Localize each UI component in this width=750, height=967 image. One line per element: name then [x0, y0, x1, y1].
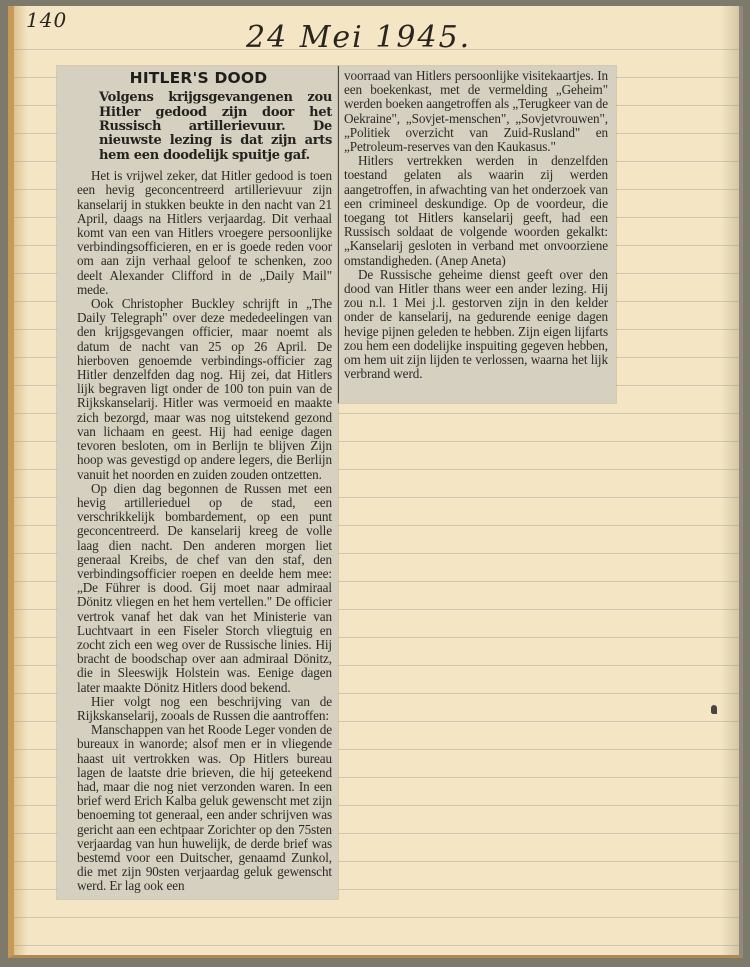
article-paragraph: Op dien dag begonnen de Russen met een h…: [77, 482, 332, 695]
article-paragraph: Hier volgt nog een beschrijving van de R…: [77, 695, 332, 723]
article-paragraph: voorraad van Hitlers persoonlijke visite…: [344, 69, 608, 154]
newspaper-clipping-right-column: voorraad van Hitlers persoonlijke visite…: [338, 66, 616, 403]
article-paragraph: Manschappen van het Roode Leger vonden d…: [77, 723, 332, 893]
article-lead: Volgens krijgsgevangenen zou Hitler gedo…: [99, 91, 332, 163]
article-paragraph: Ook Christopher Buckley schrijft in „The…: [77, 297, 332, 482]
newspaper-clipping-left-column: HITLER'S DOOD Volgens krijgsgevangenen z…: [57, 66, 338, 899]
article-paragraph: De Russische geheime dienst geeft over d…: [344, 268, 608, 382]
article-headline: HITLER'S DOOD: [65, 71, 332, 85]
article-paragraph: Het is vrijwel zeker, dat Hitler gedood …: [77, 169, 332, 297]
handwritten-date: 24 Mei 1945.: [246, 20, 471, 55]
article-paragraph: Hitlers vertrekken werden in denzelfden …: [344, 154, 608, 268]
ink-blot: [711, 705, 717, 714]
page-number: 140: [26, 8, 67, 32]
